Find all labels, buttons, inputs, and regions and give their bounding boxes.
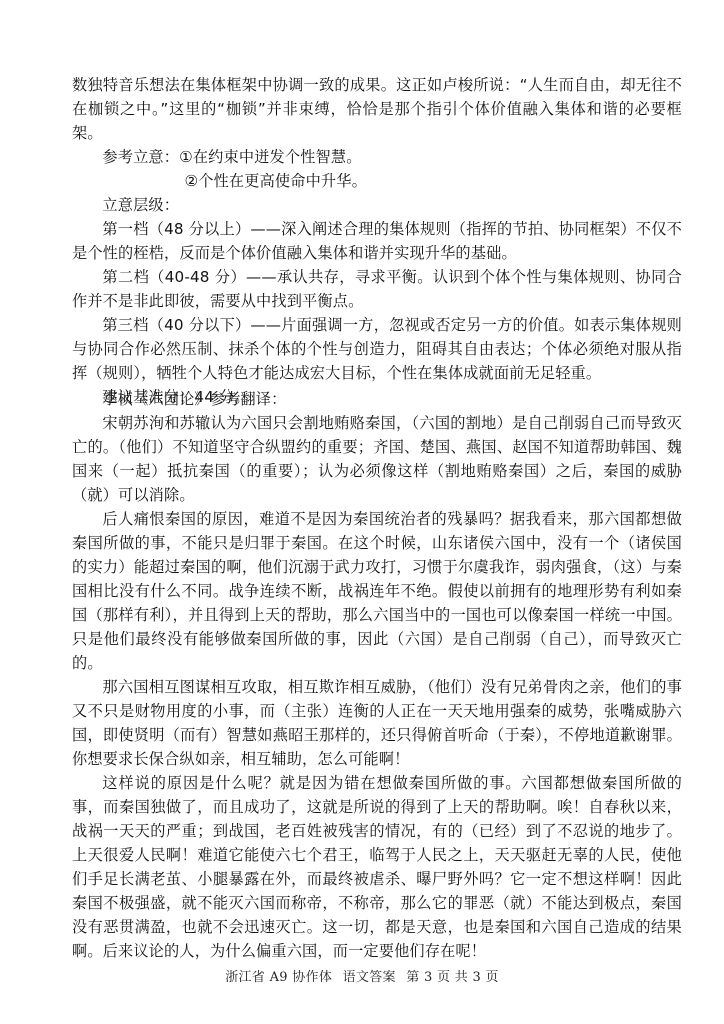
page-footer: 浙江省 A9 协作体 语文答案 第 3 页 共 3 页 <box>0 966 724 985</box>
translation-paragraph: 那六国相互图谋相互攻取，相互欺诈相互威胁，（他们）没有兄弟骨肉之亲，他们的事又不… <box>72 675 682 771</box>
rubric-continuation: 数独特音乐想法在集体框架中协调一致的成果。这正如卢梭所说：“人生而自由，却无往不… <box>72 73 682 145</box>
reference-idea-2: ②个性在更高使命中升华。 <box>72 169 682 193</box>
reference-idea-1: 参考立意：①在约束中迸发个性智慧。 <box>72 145 682 169</box>
footer-page-number: 第 3 页 共 3 页 <box>406 970 499 985</box>
level-2: 第二档（40-48 分）——承认共存，寻求平衡。认识到个体个性与集体规则、协同合… <box>72 265 682 313</box>
translation-paragraph: 后人痛恨秦国的原因，难道不是因为秦国统治者的残暴吗？据我看来，那六国都想做秦国所… <box>72 507 682 675</box>
translation-paragraph: 这样说的原因是什么呢？就是因为错在想做秦国所做的事。六国都想做秦国所做的事，而秦… <box>72 771 682 963</box>
essay-rubric-section: 数独特音乐想法在集体框架中协调一致的成果。这正如卢梭所说：“人生而自由，却无往不… <box>72 73 682 409</box>
translation-section: 李桢《六国论》参考翻译： 宋朝苏洵和苏辙认为六国只会割地贿赂秦国，（六国的割地）… <box>72 387 682 963</box>
reference-idea-label: 参考立意： <box>102 148 179 166</box>
translation-title: 李桢《六国论》参考翻译： <box>72 387 682 411</box>
footer-org: 浙江省 A9 协作体 <box>225 970 332 985</box>
reference-idea-item: ①在约束中迸发个性智慧。 <box>179 148 361 166</box>
document-page: 数独特音乐想法在集体框架中协调一致的成果。这正如卢梭所说：“人生而自由，却无往不… <box>0 0 724 1024</box>
levels-heading: 立意层级： <box>72 193 682 217</box>
translation-paragraph: 宋朝苏洵和苏辙认为六国只会割地贿赂秦国，（六国的割地）是自己削弱自己而导致灭亡的… <box>72 411 682 507</box>
level-1: 第一档（48 分以上）——深入阐述合理的集体规则（指挥的节拍、协同框架）不仅不是… <box>72 217 682 265</box>
level-3: 第三档（40 分以下）——片面强调一方，忽视或否定另一方的价值。如表示集体规则与… <box>72 313 682 385</box>
footer-doc: 语文答案 <box>343 970 396 985</box>
